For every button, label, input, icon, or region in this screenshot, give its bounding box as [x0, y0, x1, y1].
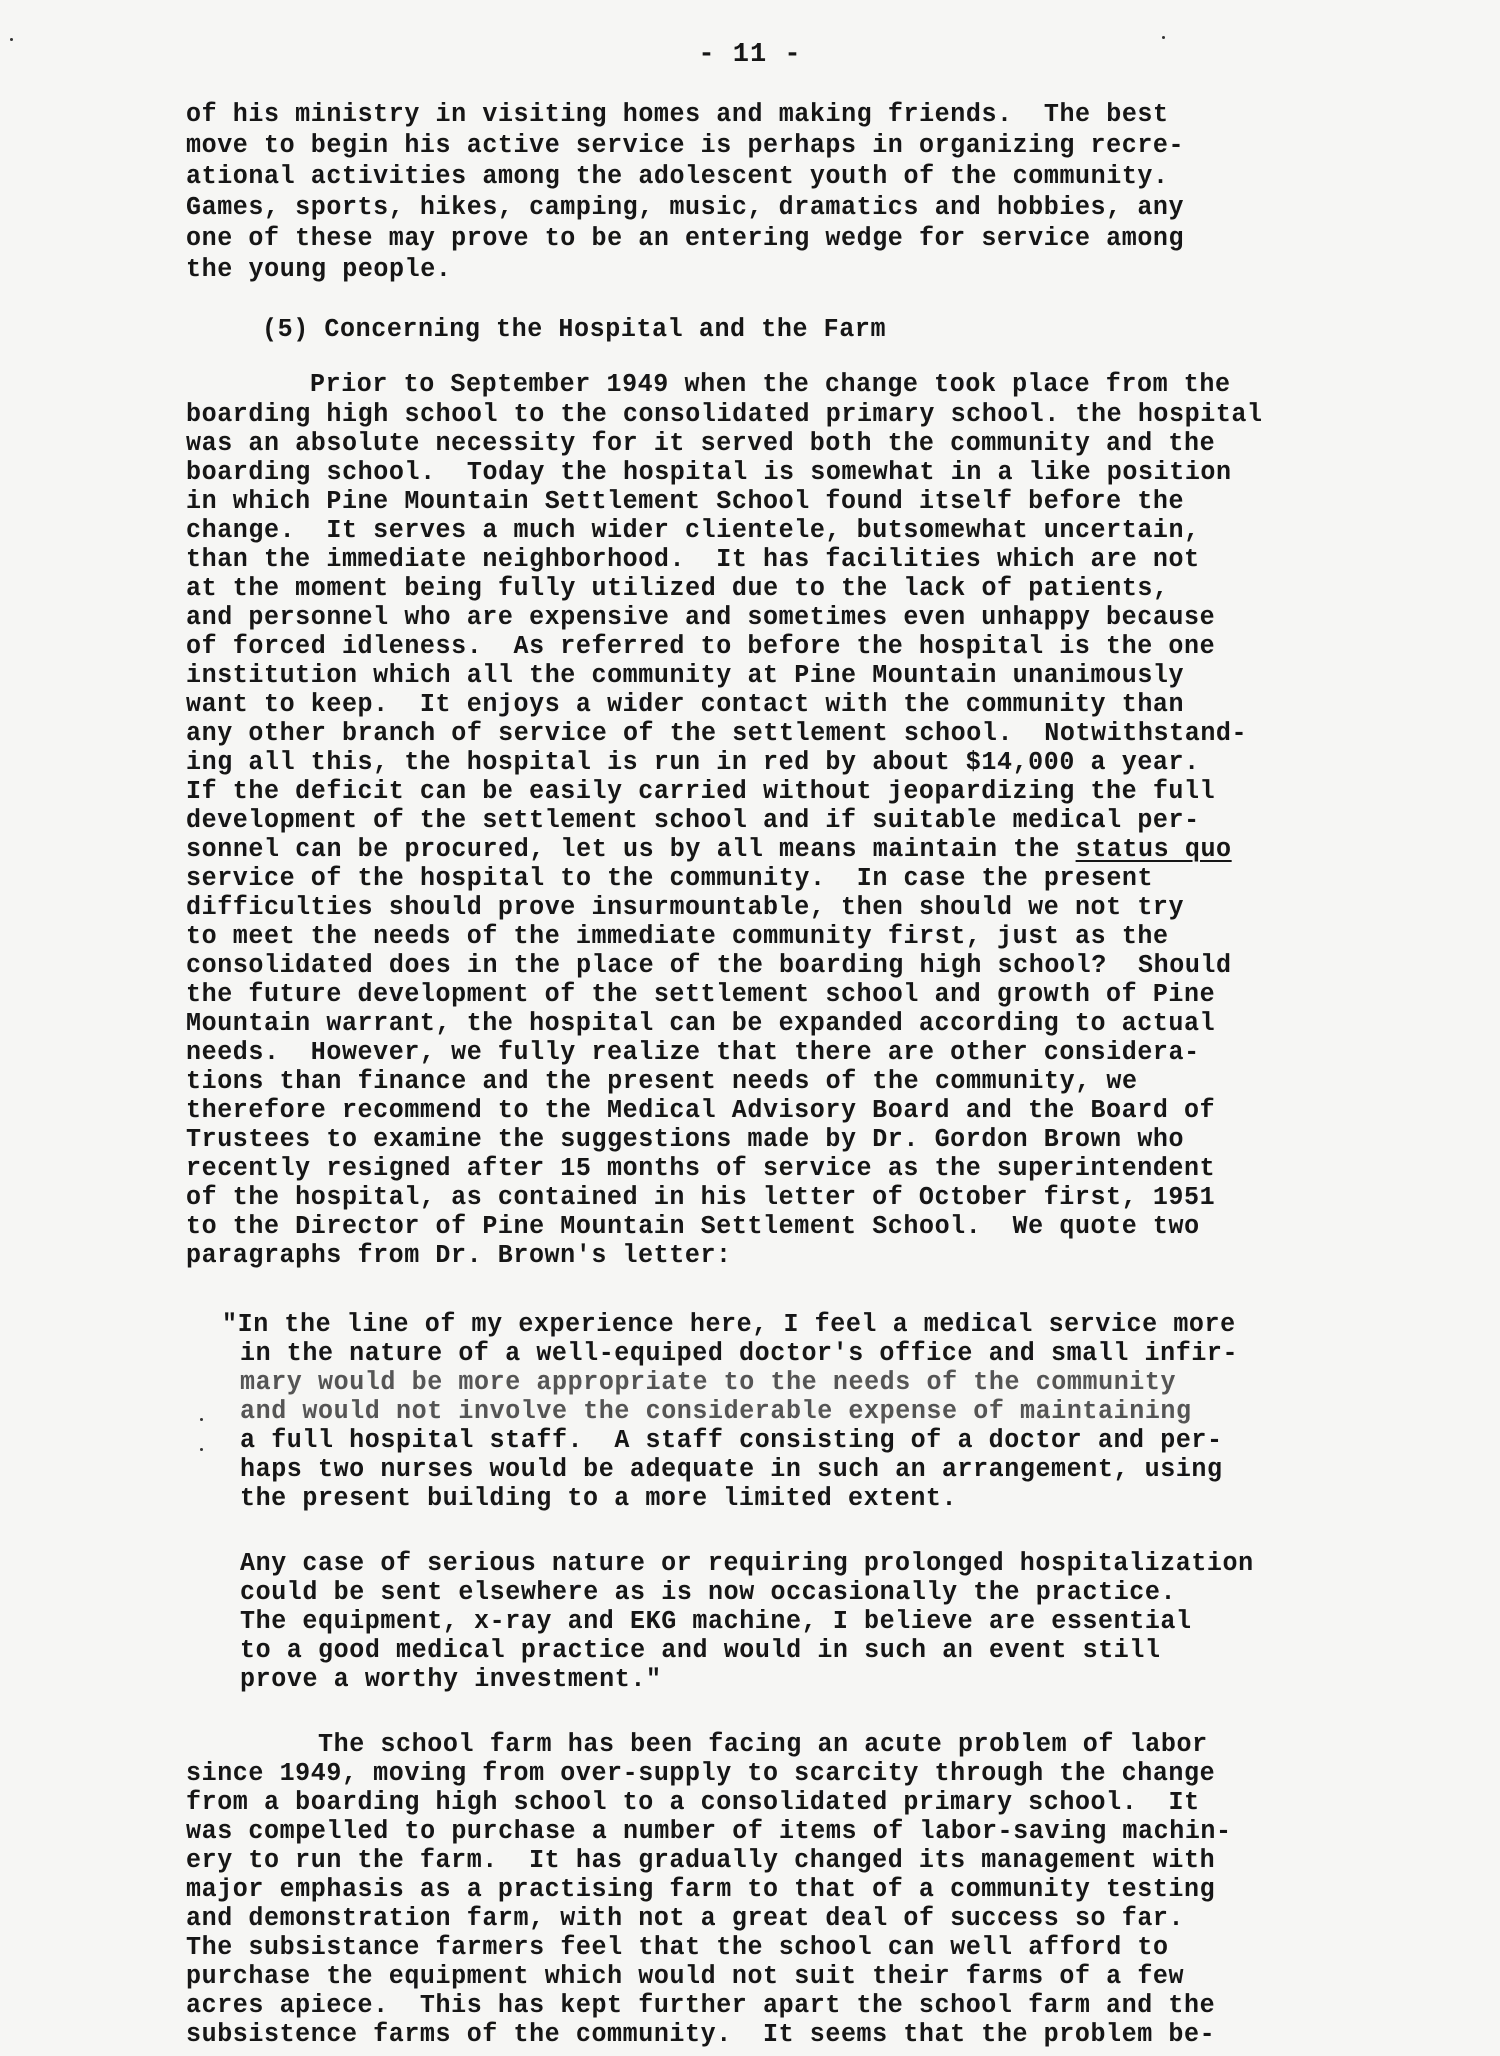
- text-line: haps two nurses would be adequate in suc…: [240, 1455, 1223, 1485]
- text-line: institution which all the community at P…: [186, 661, 1184, 691]
- text-line: mary would be more appropriate to the ne…: [240, 1368, 1176, 1398]
- text-line: Games, sports, hikes, camping, music, dr…: [186, 193, 1184, 223]
- text-line: sonnel can be procured, let us by all me…: [186, 835, 1232, 865]
- text-line: at the moment being fully utilized due t…: [186, 574, 1169, 604]
- text-line: boarding high school to the consolidated…: [186, 400, 1263, 430]
- text-line: tions than finance and the present needs…: [186, 1067, 1138, 1097]
- text-line: ing all this, the hospital is run in red…: [186, 748, 1200, 778]
- text-line: in which Pine Mountain Settlement School…: [186, 487, 1184, 517]
- text-line: to a good medical practice and would in …: [240, 1636, 1161, 1666]
- text-line: ational activities among the adolescent …: [186, 162, 1169, 192]
- text-line: from a boarding high school to a consoli…: [186, 1788, 1200, 1818]
- text-line: Mountain warrant, the hospital can be ex…: [186, 1009, 1215, 1039]
- text-line: since 1949, moving from over-supply to s…: [186, 1759, 1215, 1789]
- text-line: difficulties should prove insurmountable…: [186, 893, 1184, 923]
- text-line: paragraphs from Dr. Brown's letter:: [186, 1241, 732, 1271]
- text-line: than the immediate neighborhood. It has …: [186, 545, 1200, 575]
- text-line: consolidated does in the place of the bo…: [186, 951, 1232, 981]
- text-line: want to keep. It enjoys a wider contact …: [186, 690, 1184, 720]
- text-line: of his ministry in visiting homes and ma…: [186, 100, 1169, 130]
- text-span: sonnel can be procured, let us by all me…: [186, 835, 1076, 864]
- text-line: any other branch of service of the settl…: [186, 719, 1247, 749]
- text-line: recently resigned after 15 months of ser…: [186, 1154, 1215, 1184]
- text-line: If the deficit can be easily carried wit…: [186, 777, 1215, 807]
- text-line: of the hospital, as contained in his let…: [186, 1183, 1215, 1213]
- text-line: and would not involve the considerable e…: [240, 1397, 1192, 1427]
- text-line: the future development of the settlement…: [186, 980, 1215, 1010]
- text-line: The equipment, x-ray and EKG machine, I …: [240, 1607, 1192, 1637]
- text-line: to meet the needs of the immediate commu…: [186, 922, 1169, 952]
- text-line: the present building to a more limited e…: [240, 1484, 957, 1514]
- text-line: Any case of serious nature or requiring …: [240, 1549, 1254, 1579]
- text-line: The subsistance farmers feel that the sc…: [186, 1933, 1169, 1963]
- text-line: subsistence farms of the community. It s…: [186, 2020, 1215, 2050]
- text-line: therefore recommend to the Medical Advis…: [186, 1096, 1215, 1126]
- text-line: service of the hospital to the community…: [186, 864, 1153, 894]
- text-line: major emphasis as a practising farm to t…: [186, 1875, 1215, 1905]
- paper-speck: [200, 1448, 203, 1451]
- text-line: acres apiece. This has kept further apar…: [186, 1991, 1215, 2021]
- text-line: move to begin his active service is perh…: [186, 131, 1184, 161]
- text-line: one of these may prove to be an entering…: [186, 224, 1184, 254]
- text-line: the young people.: [186, 255, 452, 285]
- text-line: boarding school. Today the hospital is s…: [186, 458, 1232, 488]
- paper-speck: [10, 38, 13, 41]
- underlined-status-quo: status quo: [1076, 835, 1232, 864]
- text-line: and personnel who are expensive and some…: [186, 603, 1215, 633]
- typewritten-document-page: - 11 - of his ministry in visiting homes…: [0, 0, 1500, 2056]
- text-line: Trustees to examine the suggestions made…: [186, 1125, 1184, 1155]
- text-line: of forced idleness. As referred to befor…: [186, 632, 1215, 662]
- text-line: prove a worthy investment.": [240, 1665, 662, 1695]
- text-line: was an absolute necessity for it served …: [186, 429, 1215, 459]
- text-line: change. It serves a much wider clientele…: [186, 516, 1200, 546]
- text-line: Prior to September 1949 when the change …: [310, 370, 1231, 400]
- text-line: development of the settlement school and…: [186, 806, 1200, 836]
- text-line: a full hospital staff. A staff consistin…: [240, 1426, 1223, 1456]
- text-line: could be sent elsewhere as is now occasi…: [240, 1578, 1176, 1608]
- paper-speck: [1162, 36, 1165, 39]
- section-heading: (5) Concerning the Hospital and the Farm: [262, 315, 886, 345]
- text-line: and demonstration farm, with not a great…: [186, 1904, 1184, 1934]
- text-line: was compelled to purchase a number of it…: [186, 1817, 1232, 1847]
- paper-speck: [200, 1418, 203, 1421]
- text-line: to the Director of Pine Mountain Settlem…: [186, 1212, 1200, 1242]
- text-line: purchase the equipment which would not s…: [186, 1962, 1184, 1992]
- text-line: ery to run the farm. It has gradually ch…: [186, 1846, 1215, 1876]
- text-line: needs. However, we fully realize that th…: [186, 1038, 1200, 1068]
- page-number: - 11 -: [0, 40, 1500, 70]
- text-line: The school farm has been facing an acute…: [318, 1730, 1208, 1760]
- text-line: in the nature of a well-equiped doctor's…: [240, 1339, 1238, 1369]
- text-line: "In the line of my experience here, I fe…: [222, 1310, 1236, 1340]
